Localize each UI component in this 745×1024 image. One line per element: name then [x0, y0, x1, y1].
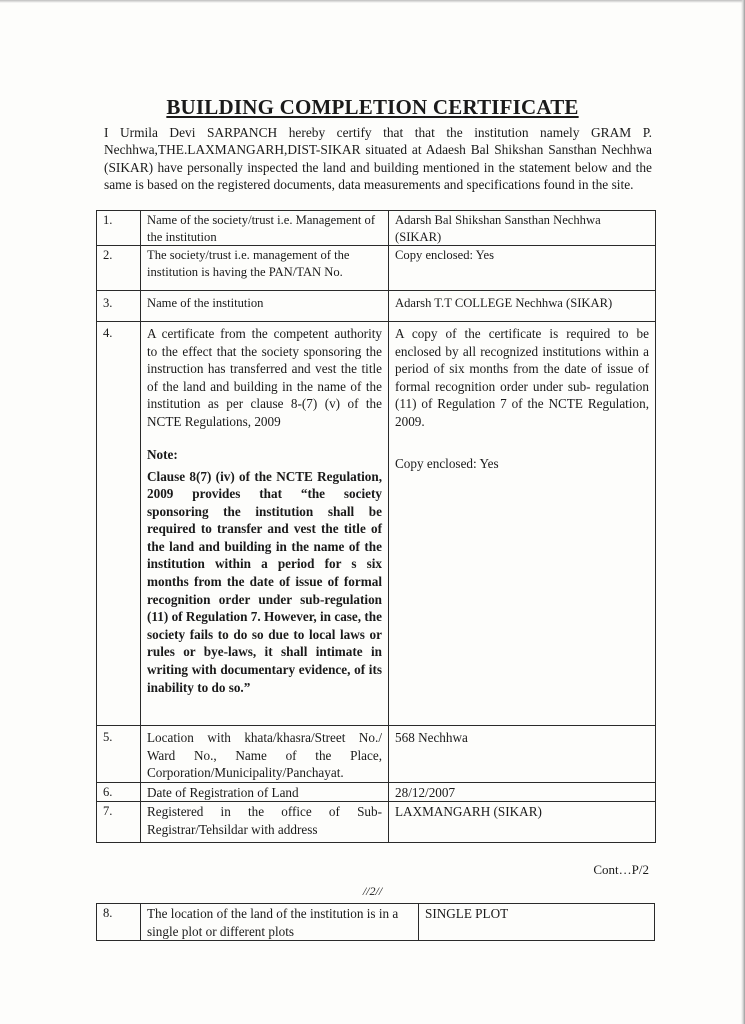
row-value-cell: A copy of the certificate is required to…: [389, 322, 656, 726]
scan-edge-right: [741, 0, 745, 1024]
row-value: A copy of the certificate is required to…: [395, 325, 649, 430]
note-body: Clause 8(7) (iv) of the NCTE Regulation,…: [147, 468, 382, 699]
row-label: Location with khata/khasra/Street No./ W…: [141, 726, 389, 783]
row-number: 1.: [97, 211, 141, 246]
row-label-cell: A certificate from the competent authori…: [141, 322, 389, 726]
row-value: 28/12/2007: [389, 782, 656, 802]
row-label: Date of Registration of Land: [141, 782, 389, 802]
table-row: 2. The society/trust i.e. management of …: [97, 246, 656, 291]
row-label: The location of the land of the institut…: [141, 904, 419, 941]
certificate-intro: I Urmila Devi SARPANCH hereby certify th…: [104, 124, 652, 194]
table-row: 8. The location of the land of the insti…: [97, 904, 655, 941]
row-number: 6.: [97, 782, 141, 802]
scan-edge-top: [0, 0, 745, 3]
row-value: LAXMANGARH (SIKAR): [389, 802, 656, 843]
table-row: 4. A certificate from the competent auth…: [97, 322, 656, 726]
copy-enclosed-status: Copy enclosed: Yes: [395, 455, 649, 473]
continuation-note: Cont…P/2: [593, 862, 649, 878]
table-row: 3. Name of the institution Adarsh T.T CO…: [97, 291, 656, 322]
table-row: 7. Registered in the office of Sub-Regis…: [97, 802, 656, 843]
row-number: 2.: [97, 246, 141, 291]
certificate-table: 1. Name of the society/trust i.e. Manage…: [96, 210, 656, 843]
row-label: Registered in the office of Sub-Registra…: [141, 802, 389, 843]
row-number: 7.: [97, 802, 141, 843]
row-value: 568 Nechhwa: [389, 726, 656, 783]
note-heading: Note:: [147, 446, 382, 464]
row-value: SINGLE PLOT: [419, 904, 655, 941]
row-number: 8.: [97, 904, 141, 941]
row-value: Adarsh Bal Shikshan Sansthan Nechhwa (SI…: [389, 211, 656, 246]
table-row: 5. Location with khata/khasra/Street No.…: [97, 726, 656, 783]
certificate-title: BUILDING COMPLETION CERTIFICATE: [0, 95, 745, 120]
page-marker: //2//: [0, 884, 745, 899]
row-label: Name of the society/trust i.e. Managemen…: [141, 211, 389, 246]
row-number: 3.: [97, 291, 141, 322]
table-row: 6. Date of Registration of Land 28/12/20…: [97, 782, 656, 802]
row-number: 5.: [97, 726, 141, 783]
row-label: The society/trust i.e. management of the…: [141, 246, 389, 291]
table-row: 1. Name of the society/trust i.e. Manage…: [97, 211, 656, 246]
row-label: Name of the institution: [141, 291, 389, 322]
certificate-table-page2: 8. The location of the land of the insti…: [96, 903, 655, 941]
row-label: A certificate from the competent authori…: [147, 325, 382, 430]
row-value: Adarsh T.T COLLEGE Nechhwa (SIKAR): [389, 291, 656, 322]
row-number: 4.: [97, 322, 141, 726]
row-value: Copy enclosed: Yes: [389, 246, 656, 291]
